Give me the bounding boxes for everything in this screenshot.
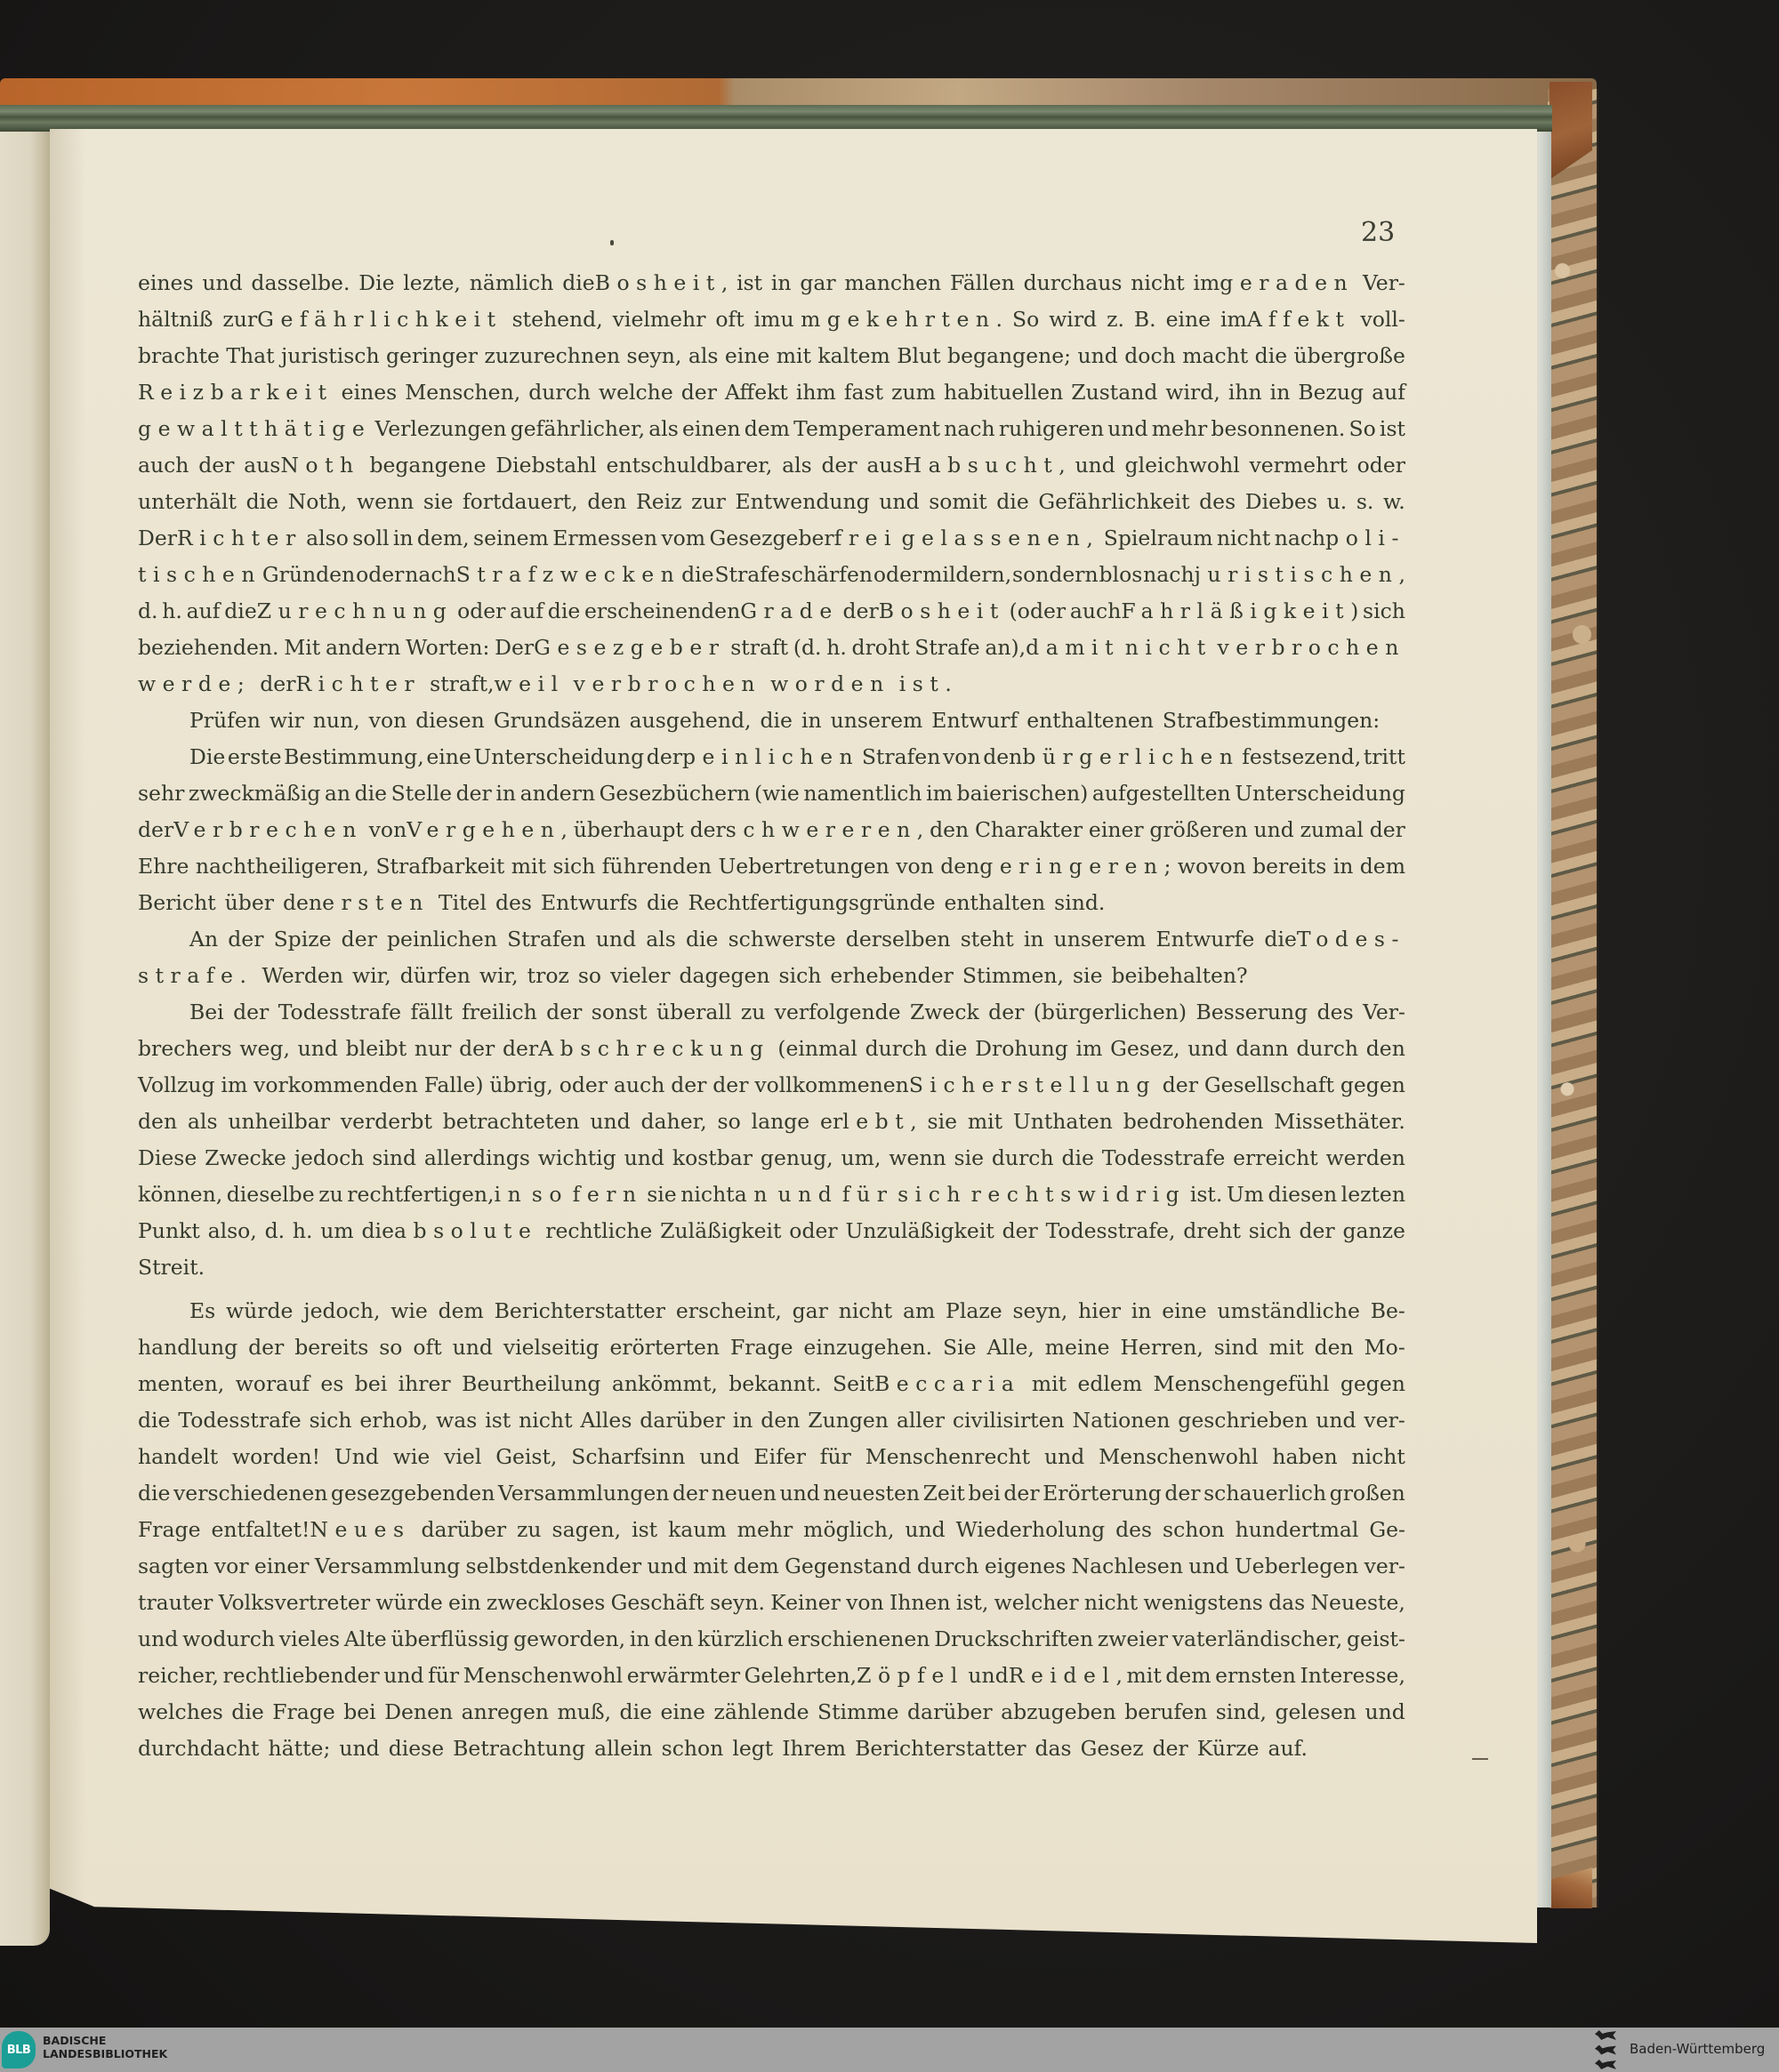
word: Menschenwohl xyxy=(1099,1439,1258,1475)
word: und xyxy=(202,265,242,301)
word: schärfen xyxy=(781,557,873,593)
emphasized-word: werde; xyxy=(138,666,251,703)
word: darüber xyxy=(907,1694,993,1731)
word: eine xyxy=(1166,301,1211,338)
word: Titel xyxy=(439,885,487,921)
word: ausgehend, xyxy=(630,703,752,739)
emphasized-word: absolute xyxy=(394,1218,537,1243)
word: darüber xyxy=(640,1402,725,1439)
text-line: Punktalso,d.h.umdieabsoluterechtlicheZul… xyxy=(138,1213,1405,1249)
word: (d. xyxy=(793,630,822,666)
word: der xyxy=(1370,812,1405,848)
word: Zwecke xyxy=(205,1140,286,1177)
word: ; xyxy=(1164,854,1171,879)
word: rechtliche xyxy=(545,1213,652,1249)
word: . xyxy=(945,671,958,696)
word: einer xyxy=(1089,812,1144,848)
emphasized-word: an xyxy=(735,1182,774,1207)
word: tritt xyxy=(1364,739,1405,775)
word: geringer xyxy=(386,338,478,374)
word: durch xyxy=(1296,1031,1358,1067)
word: vollkommenenSicherstellung xyxy=(754,1067,1156,1104)
word: eine xyxy=(1162,1293,1206,1329)
word: sondern xyxy=(1012,557,1099,593)
word: ausHabsucht, xyxy=(866,447,1065,484)
word: Gesez, xyxy=(1110,1031,1180,1067)
word: Temperament xyxy=(793,411,940,447)
word: vor xyxy=(214,1548,249,1585)
word: Wiederholung xyxy=(956,1512,1105,1548)
word: ist xyxy=(632,1512,657,1548)
word: über xyxy=(225,885,274,921)
bw-coat-of-arms-icon xyxy=(1592,2030,1619,2069)
word: den xyxy=(1366,1031,1405,1067)
word: dem xyxy=(1165,1658,1211,1694)
word: freilich xyxy=(462,994,537,1031)
word: durch xyxy=(528,374,591,411)
word: unserem xyxy=(831,703,923,739)
word: Zungen xyxy=(808,1402,889,1439)
word: kürzlich xyxy=(697,1621,783,1658)
word: die xyxy=(548,593,580,630)
emphasized-word: Todes- xyxy=(1297,927,1405,952)
word: derpeinlichen xyxy=(647,739,859,775)
word: beziehenden. xyxy=(138,630,279,666)
word: Kürze xyxy=(1197,1731,1260,1767)
word: umständliche xyxy=(1218,1293,1360,1329)
word: können, xyxy=(138,1177,222,1213)
word: Nationen xyxy=(1073,1402,1171,1439)
word: die xyxy=(138,1402,170,1439)
word: derRichter xyxy=(260,666,421,703)
word: Strafe xyxy=(714,557,779,593)
word: gefährlicher, xyxy=(511,411,645,447)
word: der xyxy=(198,447,234,484)
word: enthalten xyxy=(945,885,1046,921)
emphasized-word: Zurechnung xyxy=(257,598,454,623)
word: sehr xyxy=(138,775,184,812)
word: an xyxy=(325,775,350,812)
text-line: BeiderTodesstrafefälltfreilichdersonstüb… xyxy=(138,994,1405,1031)
word: bei xyxy=(968,1475,1000,1512)
word: und xyxy=(1078,338,1118,374)
word: macht xyxy=(1182,338,1248,374)
word: Rechtfertigungsgründe xyxy=(688,885,935,921)
word: Alte xyxy=(344,1621,387,1658)
emphasized-word: Noth xyxy=(280,453,359,478)
word: Werden xyxy=(262,958,342,994)
word: so xyxy=(379,1329,402,1366)
word: würde xyxy=(375,1585,442,1621)
emphasized-word: poli- xyxy=(1325,526,1405,550)
word: ) xyxy=(1350,598,1358,623)
word: erhebender xyxy=(830,958,953,994)
word: sie xyxy=(647,1177,676,1213)
word: in xyxy=(1024,921,1044,958)
word: Gesezgeberfrei xyxy=(709,520,898,557)
word: erschienenen xyxy=(787,1621,930,1658)
word: DerRichter xyxy=(138,520,302,557)
word: Menschen, xyxy=(405,374,520,411)
word: straft,weil xyxy=(430,666,565,703)
word: (einmal xyxy=(777,1031,857,1067)
text-line: durchdachthätte;unddieseBetrachtungallei… xyxy=(138,1731,1405,1767)
word: , xyxy=(917,817,923,842)
word: der xyxy=(1002,1213,1038,1249)
word: dem xyxy=(734,1548,779,1585)
word: zu xyxy=(517,1512,542,1548)
word: genug, xyxy=(761,1140,833,1177)
word: Zeit xyxy=(923,1475,965,1512)
word: den xyxy=(138,1104,177,1140)
word: welcher xyxy=(994,1585,1079,1621)
lion-icon xyxy=(1595,2045,1616,2055)
word: hier xyxy=(1078,1293,1121,1329)
word: denbürgerlichen xyxy=(983,739,1239,775)
word: juristisch xyxy=(281,338,380,374)
emphasized-word: verbrochen xyxy=(1217,630,1405,666)
word: um, xyxy=(841,1140,881,1177)
word: festsezend, xyxy=(1242,739,1361,775)
word: verschiedenen xyxy=(173,1475,327,1512)
word: und xyxy=(879,484,919,520)
word: möglich, xyxy=(803,1512,894,1548)
emphasized-word: ist. xyxy=(899,666,959,703)
page-number: 23 xyxy=(1361,217,1395,248)
text-line: DieseZweckejedochsindallerdingswichtigun… xyxy=(138,1140,1405,1177)
word: sich xyxy=(552,848,595,885)
word: eines xyxy=(138,265,194,301)
text-line: d.h.aufdieZurechnungoderaufdieerscheinen… xyxy=(138,593,1405,630)
word: straft xyxy=(730,630,788,666)
word: geist- xyxy=(1347,1621,1405,1658)
word: Unterscheidung xyxy=(1235,775,1405,812)
word: oft xyxy=(715,301,744,338)
emphasized-word: tischen xyxy=(138,557,262,593)
word: nicht xyxy=(1084,1585,1138,1621)
emphasized-word: juristischen xyxy=(1195,562,1399,587)
word: der xyxy=(1164,1475,1200,1512)
word: undReidel, xyxy=(968,1658,1123,1694)
word: seyn. xyxy=(710,1585,765,1621)
emphasized-word: ersten xyxy=(322,890,430,915)
word: sagen, xyxy=(552,1512,622,1548)
bw-logo-text[interactable]: Baden-Württemberg xyxy=(1630,2041,1765,2057)
word: erreicht xyxy=(1233,1140,1318,1177)
word: die xyxy=(996,484,1028,520)
blb-logo-line2: LANDESBIBLIOTHEK xyxy=(43,2047,167,2060)
word: ist, xyxy=(956,1585,989,1621)
word: der xyxy=(988,994,1024,1031)
word: Verlezungen xyxy=(374,411,506,447)
word: Gelehrten,Zöpfel xyxy=(745,1658,964,1694)
word: der xyxy=(821,447,857,484)
emphasized-word: geringeren xyxy=(979,854,1163,879)
word: sich xyxy=(310,1402,352,1439)
word: auchFahrläßigkeit) xyxy=(1070,593,1358,630)
word: auch xyxy=(138,447,189,484)
word: um xyxy=(320,1213,353,1249)
word: mit xyxy=(693,1548,728,1585)
word: Stimmen, xyxy=(962,958,1064,994)
text-line: sehrzweckmäßigandieStellederinandernGese… xyxy=(138,775,1405,812)
word: lange xyxy=(752,1104,810,1140)
emphasized-word: sich xyxy=(898,1177,967,1213)
word: Ermessen xyxy=(552,520,657,557)
word: bleibt xyxy=(346,1031,407,1067)
word: wir xyxy=(270,703,304,739)
word: führenden xyxy=(602,848,712,885)
word: vom xyxy=(661,520,705,557)
word: an),damit xyxy=(985,630,1120,666)
word: oder xyxy=(457,593,505,630)
word: allerdings xyxy=(424,1140,530,1177)
emphasized-word: Richter xyxy=(177,526,302,550)
word: entschuldbarer, xyxy=(607,447,773,484)
emphasized-word: und xyxy=(777,1177,838,1213)
word: vielmehr xyxy=(613,301,706,338)
word: ernsten xyxy=(1215,1658,1296,1694)
word: der xyxy=(248,1329,284,1366)
word: den xyxy=(587,484,626,520)
word: dieabsolute xyxy=(362,1213,538,1249)
word: , xyxy=(1059,453,1065,478)
word: die xyxy=(620,1694,652,1731)
word: schwerste xyxy=(729,921,836,958)
word: sind xyxy=(1214,1329,1259,1366)
word: betrachteten xyxy=(443,1104,580,1140)
word: und xyxy=(624,1140,664,1177)
text-line: auchderausNothbegangeneDiebstahlentschul… xyxy=(138,447,1405,484)
word: Menschengefühl xyxy=(1154,1366,1330,1402)
word: Frage xyxy=(730,1329,793,1366)
emphasized-word: nicht xyxy=(1125,630,1212,666)
word: würde xyxy=(226,1293,293,1329)
emphasized-word: Vergehen xyxy=(407,817,560,842)
word: handelt xyxy=(138,1439,218,1475)
word: nicht xyxy=(839,1293,892,1329)
emphasized-word: Grade xyxy=(740,598,839,623)
word: der xyxy=(1003,1475,1039,1512)
word: mit xyxy=(1268,1329,1303,1366)
emphasized-word: Gefährlichkeit xyxy=(257,307,502,332)
word: doch xyxy=(1124,338,1176,374)
word: Be- xyxy=(1371,1293,1405,1329)
word: jedoch, xyxy=(303,1293,380,1329)
word: . xyxy=(239,963,253,988)
word: worden! xyxy=(232,1439,320,1475)
word: zu xyxy=(741,994,766,1031)
word: jedoch xyxy=(294,1140,365,1177)
word: Strafen xyxy=(862,739,941,775)
word: Ehre xyxy=(138,848,189,885)
emphasized-word: fern xyxy=(573,1177,643,1213)
word: Stelle xyxy=(391,775,452,812)
emphasized-word: Reizbarkeit xyxy=(138,374,334,411)
word: habituellen xyxy=(944,374,1063,411)
word: sind xyxy=(372,1140,416,1177)
word: ist xyxy=(737,265,762,301)
word: Todesstrafe xyxy=(178,1402,301,1439)
word: sonst xyxy=(592,994,648,1031)
word: von xyxy=(846,1585,884,1621)
word: unheilbar xyxy=(228,1104,330,1140)
word: berufen xyxy=(1124,1694,1207,1731)
emphasized-word: Reidel xyxy=(1009,1663,1116,1688)
word: Gefährlichkeit xyxy=(1038,484,1189,520)
word: zu xyxy=(318,1177,343,1213)
word: gesezgebenden xyxy=(331,1475,495,1512)
word: erhob, xyxy=(359,1402,428,1439)
word: Scharfsinn xyxy=(571,1439,685,1475)
word: Ver- xyxy=(1363,265,1405,301)
word: neuen xyxy=(712,1475,777,1512)
word: steht xyxy=(961,921,1014,958)
word: das xyxy=(1034,1731,1071,1767)
word: Geist, xyxy=(495,1439,557,1475)
word: fortdauert, xyxy=(463,484,578,520)
word: Ge- xyxy=(1369,1512,1405,1548)
word: Bericht xyxy=(138,885,216,921)
text-line: brachteThatjuristischgeringerzuzurechnen… xyxy=(138,338,1405,374)
word: der xyxy=(1299,1213,1334,1249)
word: was xyxy=(436,1402,477,1439)
word: eine xyxy=(661,1694,705,1731)
word: in xyxy=(1131,1293,1152,1329)
word: am xyxy=(903,1293,935,1329)
word: mildern, xyxy=(922,557,1011,593)
text-line: denalsunheilbarverderbtbetrachtetenundda… xyxy=(138,1104,1405,1140)
text-line: hältnißzurGefährlichkeitstehend,vielmehr… xyxy=(138,301,1405,338)
word: Berichterstatter xyxy=(495,1293,665,1329)
word: DerGesezgeber xyxy=(495,630,725,666)
word: , xyxy=(1398,562,1405,587)
word: Gesez xyxy=(1081,1731,1144,1767)
word: eine xyxy=(725,338,769,374)
word: und xyxy=(699,1439,739,1475)
word: so xyxy=(578,958,601,994)
word: ausNoth xyxy=(244,447,360,484)
word: nämlich xyxy=(470,265,554,301)
word: und xyxy=(1107,411,1147,447)
word: sich xyxy=(1249,1213,1292,1249)
emphasized-word: gelassenen, xyxy=(901,520,1099,557)
word: Vollzug xyxy=(138,1067,215,1104)
word: Missethäter. xyxy=(1274,1104,1405,1140)
text-line: beziehenden.MitandernWorten:DerGesezgebe… xyxy=(138,630,1405,666)
word: sind. xyxy=(1054,885,1105,921)
word: Sie xyxy=(943,1329,977,1366)
emphasized-word: Habsucht xyxy=(904,453,1059,478)
word: sie xyxy=(954,1140,984,1177)
word: Strafbestimmungen: xyxy=(1163,703,1380,739)
word: reicher, xyxy=(138,1658,219,1694)
word: wenn xyxy=(357,484,414,520)
word: die xyxy=(647,885,679,921)
word: mehr xyxy=(737,1512,793,1548)
word: im xyxy=(221,1067,247,1104)
word: und xyxy=(1364,1694,1405,1731)
word: , xyxy=(560,817,567,842)
emphasized-word: bürgerlichen xyxy=(1022,744,1239,769)
word: dann xyxy=(1236,1031,1288,1067)
word: Gegenstand xyxy=(785,1548,911,1585)
word: h. xyxy=(826,630,847,666)
word: That xyxy=(226,338,274,374)
word: dem xyxy=(439,1293,484,1329)
word: voll- xyxy=(1360,301,1405,338)
word: Noth, xyxy=(288,484,348,520)
word: andern xyxy=(326,630,400,666)
word: mit xyxy=(1127,1658,1162,1694)
blb-logo-line1: BADISCHE xyxy=(43,2034,167,2047)
word: wie xyxy=(390,1293,428,1329)
blb-logo-text[interactable]: BADISCHE LANDESBIBLIOTHEK xyxy=(43,2034,167,2060)
text-line: dieTodesstrafesicherhob,wasistnichtAlles… xyxy=(138,1402,1405,1439)
emphasized-word: umgekehrten xyxy=(780,307,995,332)
word: Herren, xyxy=(1120,1329,1203,1366)
word: brachte xyxy=(138,338,220,374)
word: Entwurfe xyxy=(1155,921,1254,958)
word: wir, xyxy=(479,958,519,994)
lion-icon xyxy=(1595,2060,1616,2069)
word: So xyxy=(1012,301,1039,338)
word: mit xyxy=(968,1104,1002,1140)
word: aufgestellten xyxy=(1092,775,1231,812)
word: die xyxy=(138,1475,170,1512)
word: menten, xyxy=(138,1366,224,1402)
word: und xyxy=(453,1329,493,1366)
emphasized-word: geraden xyxy=(1220,270,1354,295)
word: ver- xyxy=(1364,1548,1405,1585)
word: , xyxy=(721,270,728,295)
word: einen xyxy=(682,411,741,447)
word: mit xyxy=(511,848,546,885)
word: Entwendung xyxy=(735,484,869,520)
word: die xyxy=(681,557,713,593)
word: dem, xyxy=(417,520,470,557)
word: nachtheiligeren, xyxy=(196,848,369,885)
emphasized-word: verbrochen xyxy=(574,666,761,703)
word: muß, xyxy=(557,1694,611,1731)
word: Spize xyxy=(274,921,332,958)
word: aller xyxy=(897,1402,945,1439)
emphasized-word: Beccaria xyxy=(874,1371,1020,1396)
text-line: können,dieselbezurechtfertigen,insoferns… xyxy=(138,1177,1405,1213)
word: Punkt xyxy=(138,1213,200,1249)
word: Beurtheilung xyxy=(462,1366,600,1402)
word: in xyxy=(495,775,516,812)
word: für xyxy=(820,1439,851,1475)
word: , xyxy=(1086,526,1099,550)
word: vorkommenden xyxy=(254,1067,418,1104)
word: nur xyxy=(415,1031,452,1067)
word: übergroße xyxy=(1294,338,1405,374)
word: zum xyxy=(891,374,936,411)
word: welches xyxy=(138,1694,223,1731)
word: Mit xyxy=(284,630,320,666)
emphasized-word: damit xyxy=(1026,635,1120,660)
emphasized-word: Sicherstellung xyxy=(909,1072,1156,1097)
word: Gründen xyxy=(262,557,355,593)
word: zweckmäßig xyxy=(189,775,320,812)
word: Diese xyxy=(138,1140,197,1177)
blb-logo-icon[interactable]: BLB xyxy=(2,2031,36,2068)
text-line: Eswürdejedoch,wiedemBerichterstatterersc… xyxy=(138,1293,1405,1329)
text-line: trauterVolksvertreterwürdeeinzwecklosesG… xyxy=(138,1585,1405,1621)
word: dieTodes- xyxy=(1264,921,1405,958)
word: , xyxy=(1115,1663,1122,1688)
